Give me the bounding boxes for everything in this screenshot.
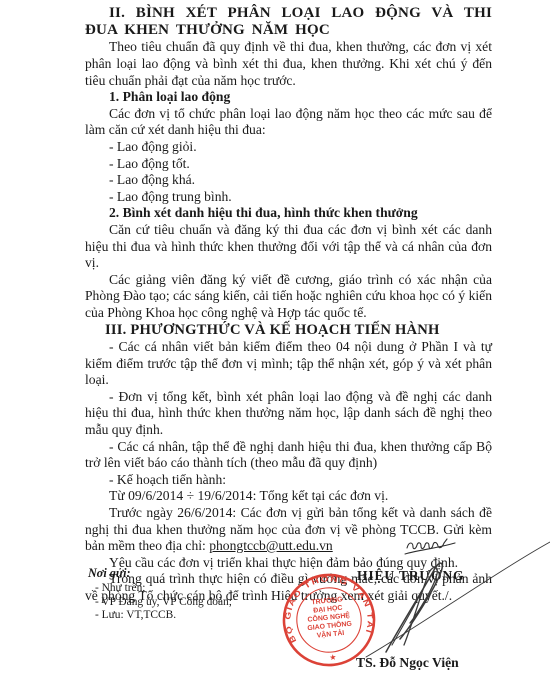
- section-ii-heading: II. BÌNH XÉT PHÂN LOẠI LAO ĐỘNG VÀ THI Đ…: [85, 5, 492, 39]
- recipients-list: - Như trên; - VP Đảng ủy, VP Công đoàn; …: [95, 582, 232, 623]
- labor-level-item: - Lao động trung bình.: [109, 189, 492, 206]
- stamp-star-icon: ★: [329, 653, 337, 663]
- section-iii-bullet: - Các cá nhân viết bản kiểm điểm theo 04…: [85, 339, 492, 389]
- section-iii-heading: III. PHƯƠNGTHỨC VÀ KẾ HOẠCH TIẾN HÀNH: [85, 322, 492, 340]
- section-iii-bullet: - Các cá nhân, tập thể đề nghị danh hiệu…: [85, 439, 492, 472]
- scanned-document-page: II. BÌNH XÉT PHÂN LOẠI LAO ĐỘNG VÀ THI Đ…: [0, 0, 550, 678]
- recipient-item: - VP Đảng ủy, VP Công đoàn;: [95, 596, 232, 610]
- official-red-stamp: BỘ GIAO THÔNG VẬN TẢI TRƯỜNG ĐẠI HỌC CÔN…: [281, 572, 377, 668]
- binh-xet-paragraph-2: Các giảng viên đăng ký viết đề cương, gi…: [85, 272, 492, 322]
- email-address: phongtccb@utt.edu.vn: [209, 538, 333, 553]
- labor-level-item: - Lao động giỏi.: [109, 139, 492, 156]
- binh-xet-paragraph-1: Căn cứ tiêu chuẩn và đăng ký thi đua các…: [85, 222, 492, 272]
- document-body: II. BÌNH XÉT PHÂN LOẠI LAO ĐỘNG VÀ THI Đ…: [85, 5, 492, 605]
- schedule-line-1: Từ 09/6/2014 ÷ 19/6/2014: Tổng kết tại c…: [85, 488, 492, 505]
- recipients-label: Nơi gửi:: [88, 566, 131, 581]
- subheading-binh-xet-danh-hieu: 2. Bình xét danh hiệu thi đua, hình thức…: [85, 205, 492, 222]
- recipient-item: - Như trên;: [95, 582, 232, 596]
- plan-label: - Kế hoạch tiến hành:: [85, 472, 492, 489]
- recipient-item: - Lưu: VT,TCCB.: [95, 609, 232, 623]
- subheading-phan-loai-lao-dong: 1. Phân loại lao động: [85, 89, 492, 106]
- labor-level-item: - Lao động tốt.: [109, 156, 492, 173]
- handwritten-initial: [404, 535, 458, 559]
- phan-loai-intro-paragraph: Các đơn vị tổ chức phân loại lao động nă…: [85, 106, 492, 139]
- section-ii-intro-paragraph: Theo tiêu chuẩn đã quy định về thi đua, …: [85, 39, 492, 89]
- section-iii-bullet: - Đơn vị tổng kết, bình xét phân loại la…: [85, 389, 492, 439]
- labor-level-item: - Lao động khá.: [109, 172, 492, 189]
